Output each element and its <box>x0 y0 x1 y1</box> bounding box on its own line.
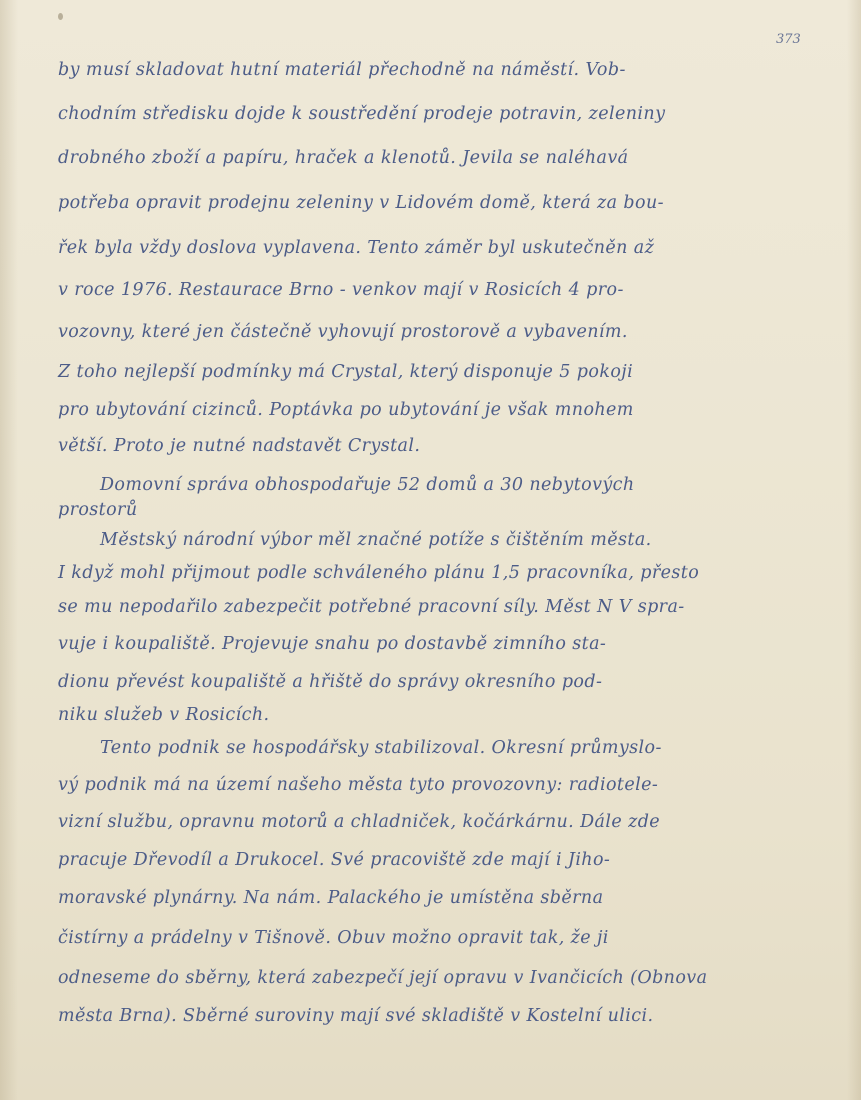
text-line: dionu převést koupaliště a hřiště do spr… <box>58 672 602 692</box>
text-line: pro ubytování cizinců. Poptávka po ubyto… <box>58 400 634 420</box>
text-line: drobného zboží a papíru, hraček a klenot… <box>58 148 628 168</box>
text-line: pracuje Dřevodíl a Drukocel. Své pracovi… <box>58 850 610 870</box>
page-number: 373 <box>776 32 801 47</box>
text-line: Z toho nejlepší podmínky má Crystal, kte… <box>58 362 633 382</box>
text-line: odneseme do sběrny, která zabezpečí její… <box>58 968 707 988</box>
text-line: vizní službu, opravnu motorů a chladniče… <box>58 812 660 832</box>
paragraph-start-line: Tento podnik se hospodářsky stabilizoval… <box>100 738 662 758</box>
text-line: niku služeb v Rosicích. <box>58 705 269 725</box>
text-line: prostorů <box>58 500 138 520</box>
text-line: větší. Proto je nutné nadstavět Crystal. <box>58 436 420 456</box>
text-line: moravské plynárny. Na nám. Palackého je … <box>58 888 603 908</box>
text-line: čistírny a prádelny v Tišnově. Obuv možn… <box>58 928 609 948</box>
handwritten-chronicle-page: 373 by musí skladovat hutní materiál pře… <box>0 0 861 1100</box>
text-line: v roce 1976. Restaurace Brno - venkov ma… <box>58 280 624 300</box>
text-line: chodním středisku dojde k soustředění pr… <box>58 104 665 124</box>
paragraph-start-line: Městský národní výbor měl značné potíže … <box>100 530 652 550</box>
paper-punch-mark <box>58 13 63 20</box>
text-line: potřeba opravit prodejnu zeleniny v Lido… <box>58 193 664 213</box>
text-line: vozovny, které jen částečně vyhovují pro… <box>58 322 628 342</box>
text-line: vuje i koupaliště. Projevuje snahu po do… <box>58 634 606 654</box>
text-line: se mu nepodařilo zabezpečit potřebné pra… <box>58 597 685 617</box>
text-line: I když mohl přijmout podle schváleného p… <box>58 563 699 583</box>
text-line: řek byla vždy doslova vyplavena. Tento z… <box>58 238 654 258</box>
text-line: města Brna). Sběrné suroviny mají své sk… <box>58 1006 653 1026</box>
text-line: by musí skladovat hutní materiál přechod… <box>58 60 626 80</box>
paragraph-start-line: Domovní správa obhospodařuje 52 domů a 3… <box>100 475 635 495</box>
text-line: vý podnik má na území našeho města tyto … <box>58 775 658 795</box>
